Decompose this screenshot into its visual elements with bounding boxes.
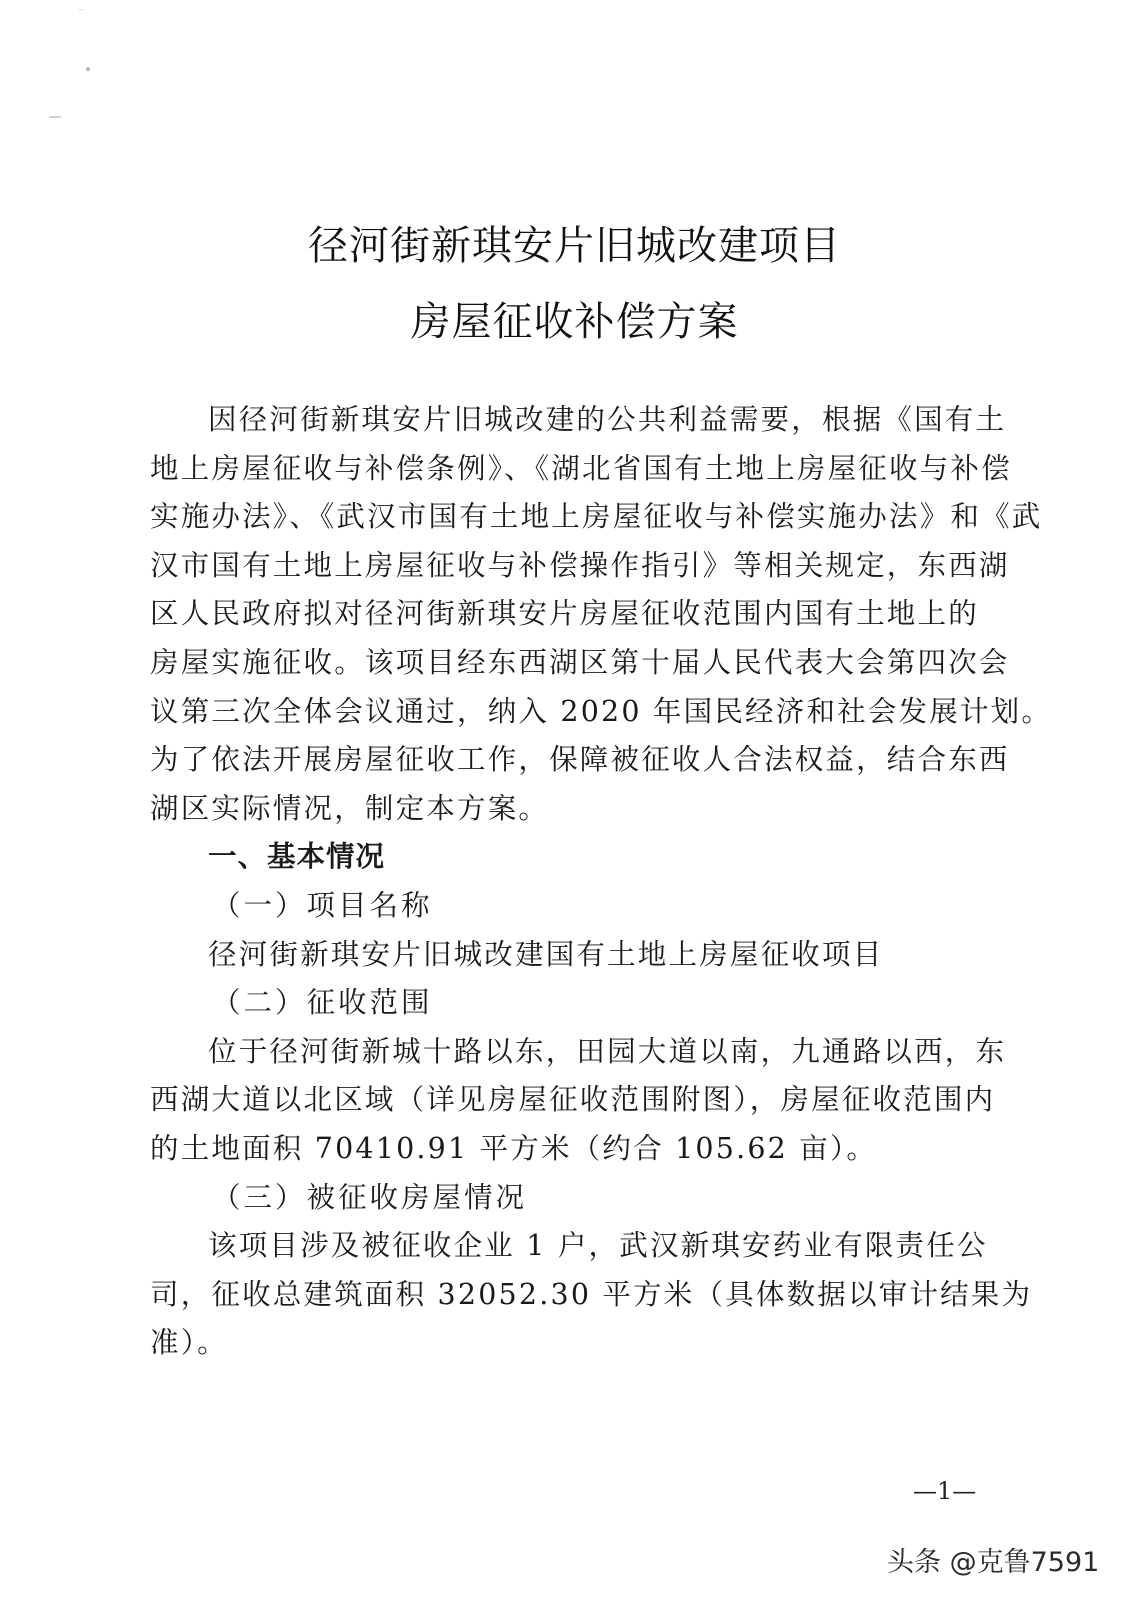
intro-paragraph-line: 区人民政府拟对径河街新琪安片房屋征收范围内国有土地上的 <box>150 590 990 639</box>
intro-paragraph-line: 因径河街新琪安片旧城改建的公共利益需要，根据《国有土 <box>150 396 990 445</box>
page-number: —1— <box>913 1477 976 1505</box>
document-page: 径河街新琪安片旧城改建项目 房屋征收补偿方案 因径河街新琪安片旧城改建的公共利益… <box>0 0 1133 1602</box>
intro-paragraph-line: 房屋实施征收。该项目经东西湖区第十届人民代表大会第四次会 <box>150 639 990 688</box>
scope-paragraph-line: 位于径河街新城十路以东，田园大道以南，九通路以西，东 <box>150 1028 990 1077</box>
intro-paragraph-line: 地上房屋征收与补偿条例》、《湖北省国有土地上房屋征收与补偿 <box>150 445 990 494</box>
document-title-line-2: 房屋征收补偿方案 <box>8 298 1133 346</box>
scan-speck <box>86 67 90 71</box>
intro-paragraph-line: 实施办法》、《武汉市国有土地上房屋征收与补偿实施办法》和《武 <box>150 493 990 542</box>
subsection-heading-scope: （二）征收范围 <box>150 979 990 1028</box>
houses-paragraph-line: 司，征收总建筑面积 32052.30 平方米（具体数据以审计结果为 <box>150 1271 990 1320</box>
scope-paragraph-line: 的土地面积 70410.91 平方米（约合 105.62 亩）。 <box>150 1125 990 1174</box>
watermark-text: 头条 @克鲁7591 <box>887 1540 1099 1579</box>
subsection-heading-project-name: （一）项目名称 <box>150 882 990 931</box>
scope-paragraph-line: 西湖大道以北区域（详见房屋征收范围附图），房屋征收范围内 <box>150 1076 990 1125</box>
houses-paragraph-line: 准）。 <box>150 1319 990 1368</box>
intro-paragraph-line: 汉市国有土地上房屋征收与补偿操作指引》等相关规定，东西湖 <box>150 542 990 591</box>
scan-speck <box>78 9 84 10</box>
subsection-heading-houses: （三）被征收房屋情况 <box>150 1174 990 1223</box>
section-heading-basic-info: 一、基本情况 <box>150 833 990 882</box>
intro-paragraph-line: 议第三次全体会议通过，纳入 2020 年国民经济和社会发展计划。 <box>150 688 990 737</box>
houses-paragraph-line: 该项目涉及被征收企业 1 户，武汉新琪安药业有限责任公 <box>150 1222 990 1271</box>
intro-paragraph-line: 为了依法开展房屋征收工作，保障被征收人合法权益，结合东西 <box>150 736 990 785</box>
intro-paragraph-line: 湖区实际情况，制定本方案。 <box>150 785 990 834</box>
document-body: 因径河街新琪安片旧城改建的公共利益需要，根据《国有土 地上房屋征收与补偿条例》、… <box>150 396 990 1368</box>
scan-speck <box>49 116 61 118</box>
document-title-line-1: 径河街新琪安片旧城改建项目 <box>8 222 1133 270</box>
project-name-text: 径河街新琪安片旧城改建国有土地上房屋征收项目 <box>150 931 990 980</box>
